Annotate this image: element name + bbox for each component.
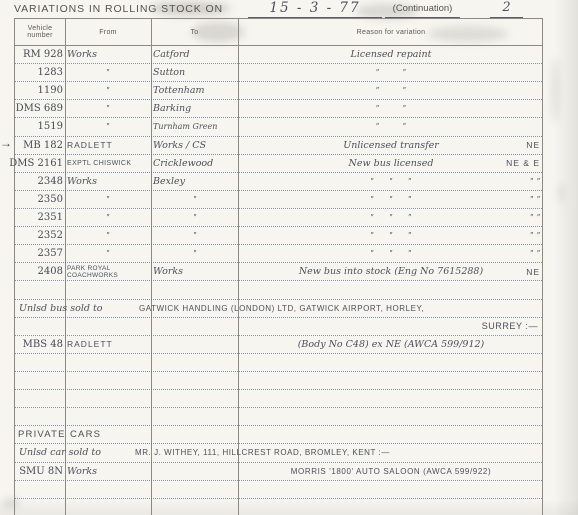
table-row: 2408 PARK ROYAL COACHWORKS Works New bus… xyxy=(15,263,542,281)
ditto-mark: ″ ″ ″ xyxy=(240,209,542,226)
ditto-mark: ″ xyxy=(67,227,149,244)
note-text: GATWICK HANDLING (LONDON) LTD, GATWICK A… xyxy=(139,300,424,317)
to-location: Sutton xyxy=(153,64,237,81)
table-row: 2351 ″ ″ ″ ″ ″ ″ ″ xyxy=(15,209,542,227)
to-location xyxy=(153,463,237,480)
scanned-ledger-page: VARIATIONS IN ROLLING STOCK ON 15 - 3 - … xyxy=(0,0,578,515)
vehicle-number: SMU 8N xyxy=(15,463,66,480)
vehicle-number: MB 182 xyxy=(15,137,66,154)
vehicle-number: 2351 xyxy=(15,209,66,226)
to-location: Works xyxy=(153,263,237,280)
reason-text: Unlicensed transfer xyxy=(240,137,542,154)
page-number: 2 xyxy=(490,0,523,18)
margin-arrow-icon: → xyxy=(0,136,12,150)
table-header-row: Vehicle number From To Reason for variat… xyxy=(15,19,542,46)
vehicle-number: 2352 xyxy=(15,227,66,244)
table-row: MBS 48 RADLETT (Body No C48) ex NE (AWCA… xyxy=(15,336,542,354)
note-prefix: Unlsd car sold to xyxy=(19,444,101,461)
note-text: SURREY :— xyxy=(482,318,538,335)
from-location: EXPTL CHISWICK xyxy=(67,155,149,172)
from-location: Works xyxy=(67,463,149,480)
ditto-mark: ″ ″ xyxy=(530,245,540,262)
to-location: Turnham Green xyxy=(153,118,237,135)
vehicle-number: 2348 xyxy=(15,173,66,190)
ditto-mark: ″ xyxy=(67,191,149,208)
vehicle-number: RM 928 xyxy=(15,46,66,63)
table-row: 1283 ″ Sutton ″ ″ xyxy=(15,64,542,82)
to-location: Tottenham xyxy=(153,82,237,99)
from-location: PARK ROYAL COACHWORKS xyxy=(67,263,149,280)
vehicle-number: DMS 689 xyxy=(15,100,66,117)
date-handwritten: 15 - 3 - 77 xyxy=(248,0,382,18)
section-heading-word1: PRIVATE xyxy=(18,426,66,443)
continuation-label: (Continuation) xyxy=(385,3,460,18)
ditto-mark: ″ xyxy=(67,64,149,81)
vehicle-number: 2357 xyxy=(15,245,66,262)
ditto-mark: ″ ″ ″ xyxy=(240,191,542,208)
status-code: NE & E xyxy=(506,155,540,172)
ditto-mark: ″ ″ xyxy=(240,64,542,81)
empty-row xyxy=(15,481,542,499)
from-location: Works xyxy=(67,46,149,63)
to-location: Works / CS xyxy=(153,137,237,154)
ditto-mark: ″ ″ ″ xyxy=(240,227,542,244)
reason-text: (Body No C48) ex NE (AWCA 599/912) xyxy=(240,336,542,353)
ditto-mark: ″ ″ ″ xyxy=(240,173,542,190)
status-code: NE xyxy=(526,263,540,280)
empty-row xyxy=(15,499,542,515)
note-row: Unlsd bus sold to GATWICK HANDLING (LOND… xyxy=(15,300,542,318)
ditto-mark: ″ ″ xyxy=(530,191,540,208)
ditto-mark: ″ xyxy=(153,191,237,208)
vehicle-number: MBS 48 xyxy=(15,336,66,353)
table-row: 1519 ″ Turnham Green ″ ″ xyxy=(15,118,542,136)
empty-row xyxy=(15,354,542,372)
section-heading-row: PRIVATE CARS xyxy=(15,426,542,444)
empty-row xyxy=(15,372,542,390)
section-heading-word2: CARS xyxy=(70,426,101,443)
to-location: Catford xyxy=(153,46,237,63)
col-header-from: From xyxy=(65,19,151,45)
col-header-reason: Reason for variation xyxy=(238,19,544,45)
reason-text: MORRIS '1800' AUTO SALOON (AWCA 599/922) xyxy=(240,463,542,480)
table-row: 2348 Works Bexley ″ ″ ″ ″ ″ xyxy=(15,173,542,191)
table-row: SMU 8N Works MORRIS '1800' AUTO SALOON (… xyxy=(15,463,542,481)
variations-table: Vehicle number From To Reason for variat… xyxy=(14,18,543,515)
col-header-vehicle-number: Vehicle number xyxy=(15,19,65,45)
smudge-mark xyxy=(558,182,564,204)
smudge-mark xyxy=(552,58,559,124)
table-row: RM 928 Works Catford Licensed repaint xyxy=(15,46,542,64)
from-location: Works xyxy=(67,173,149,190)
ditto-mark: ″ ″ xyxy=(240,100,542,117)
ditto-mark: ″ xyxy=(153,245,237,262)
note-prefix: Unlsd bus sold to xyxy=(19,300,103,317)
vehicle-number: 2350 xyxy=(15,191,66,208)
ditto-mark: ″ ″ xyxy=(240,82,542,99)
ditto-mark: ″ xyxy=(67,245,149,262)
vehicle-number: 1519 xyxy=(15,118,66,135)
ditto-mark: ″ xyxy=(67,118,149,135)
from-location: RADLETT xyxy=(67,336,149,353)
table-row: DMS 2161 EXPTL CHISWICK Cricklewood New … xyxy=(15,155,542,173)
table-row: MB 182 RADLETT Works / CS Unlicensed tra… xyxy=(15,137,542,155)
note-text: MR. J. WITHEY, 111, HILLCREST ROAD, BROM… xyxy=(135,444,390,461)
table-row: 2357 ″ ″ ″ ″ ″ ″ ″ xyxy=(15,245,542,263)
ditto-mark: ″ ″ ″ xyxy=(240,245,542,262)
ditto-mark: ″ xyxy=(153,227,237,244)
col-header-to: To xyxy=(151,19,238,45)
ditto-mark: ″ xyxy=(67,82,149,99)
ditto-mark: ″ xyxy=(67,100,149,117)
vehicle-number: 1190 xyxy=(15,82,66,99)
reason-text: New bus licensed xyxy=(240,155,542,172)
ditto-mark: ″ xyxy=(153,209,237,226)
reason-text: Licensed repaint xyxy=(240,46,542,63)
table-row: 2350 ″ ″ ″ ″ ″ ″ ″ xyxy=(15,191,542,209)
reason-text: New bus into stock (Eng No 7615288) xyxy=(240,263,542,280)
vehicle-number: 1283 xyxy=(15,64,66,81)
empty-row xyxy=(15,408,542,426)
to-location: Bexley xyxy=(153,173,237,190)
to-location: Cricklewood xyxy=(153,155,237,172)
col-header-vehicle-line1: Vehicle xyxy=(28,25,53,33)
empty-row xyxy=(15,390,542,408)
status-code: NE xyxy=(526,137,540,154)
col-header-vehicle-line2: number xyxy=(27,32,53,40)
vehicle-number: DMS 2161 xyxy=(15,155,66,172)
to-location: Barking xyxy=(153,100,237,117)
ditto-mark: ″ ″ xyxy=(530,227,540,244)
page-title: VARIATIONS IN ROLLING STOCK ON xyxy=(14,3,234,15)
ditto-mark: ″ ″ xyxy=(240,118,542,135)
ditto-mark: ″ ″ xyxy=(530,209,540,226)
empty-row xyxy=(15,281,542,299)
from-location: RADLETT xyxy=(67,137,149,154)
ditto-mark: ″ ″ xyxy=(530,173,540,190)
note-row: Unlsd car sold to MR. J. WITHEY, 111, HI… xyxy=(15,444,542,462)
note-row: SURREY :— xyxy=(15,318,542,336)
table-row: 2352 ″ ″ ″ ″ ″ ″ ″ xyxy=(15,227,542,245)
table-row: DMS 689 ″ Barking ″ ″ xyxy=(15,100,542,118)
table-body: RM 928 Works Catford Licensed repaint 12… xyxy=(15,46,542,515)
table-row: 1190 ″ Tottenham ″ ″ xyxy=(15,82,542,100)
to-location xyxy=(153,336,237,353)
vehicle-number: 2408 xyxy=(15,263,66,280)
ditto-mark: ″ xyxy=(67,209,149,226)
